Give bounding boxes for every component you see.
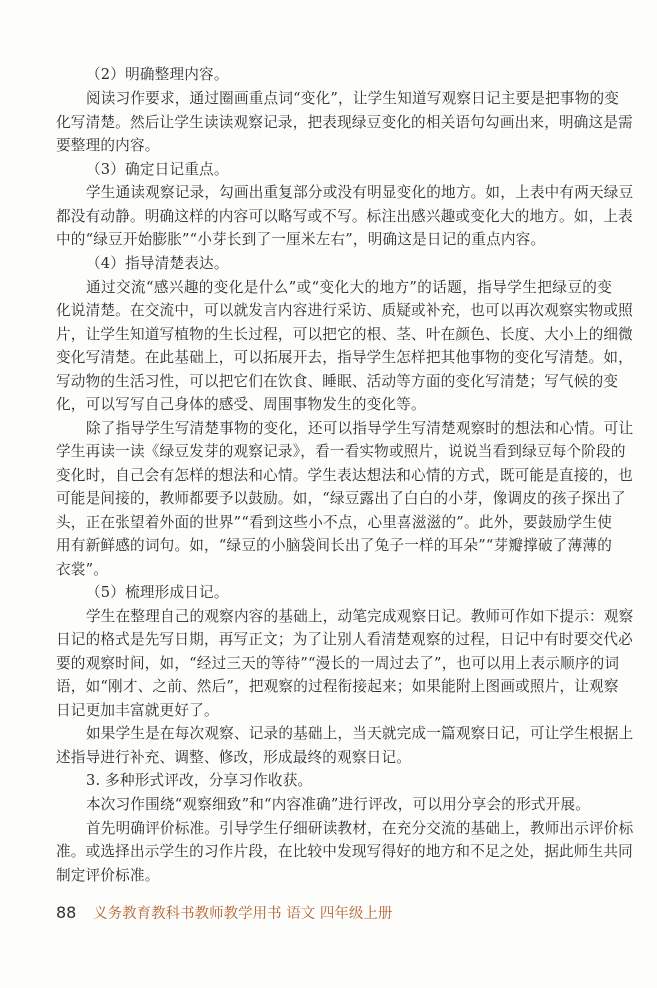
- book-page: （2）明确整理内容。阅读习作要求，通过圈画重点词“变化”，让学生知道写观察日记主…: [0, 0, 657, 988]
- paragraph-first-line: 如果学生是在每次观察、记录的基础上，当天就完成一篇观察日记，可让学生根据上: [86, 725, 612, 743]
- page-number: 88: [56, 903, 76, 922]
- paragraph-line: 头，正在张望着外面的世界”“看到这些小不点，心里喜滋滋的”。此外，要鼓励学生使: [56, 514, 612, 532]
- paragraph-line: 衣裳”。: [56, 561, 612, 579]
- paragraph-line: 日记的格式是先写日期，再写正文；为了让别人看清楚观察的过程，日记中有时要交代必: [56, 631, 612, 649]
- paragraph-line: 化说清楚。在交流中，可以就发言内容进行采访、质疑或补充，也可以再次观察实物或照: [56, 302, 612, 320]
- paragraph-line: 用有新鲜感的词句。如，“绿豆的小脑袋间长出了兔子一样的耳朵”“芽瓣撑破了薄薄的: [56, 537, 612, 555]
- page-footer: 88 义务教育教科书教师教学用书 语文 四年级上册: [56, 903, 392, 923]
- paragraph-line: 要整理的内容。: [56, 137, 612, 155]
- paragraph-line: 准。或选择出示学生的习作片段，在比较中发现写得好的地方和不足之处，据此师生共同: [56, 843, 612, 861]
- paragraph-first-line: 通过交流“感兴趣的变化是什么”或“变化大的地方”的话题，指导学生把绿豆的变: [86, 279, 612, 297]
- paragraph-line: 都没有动静。明确这样的内容可以略写或不写。标注出感兴趣或变化大的地方。如，上表: [56, 208, 612, 226]
- paragraph-first-line: （5）梳理形成日记。: [86, 584, 612, 602]
- paragraph-line: 学生再读一读《绿豆发芽的观察记录》，看一看实物或照片，说说当看到绿豆每个阶段的: [56, 443, 612, 461]
- paragraph-line: 写动物的生活习性，可以把它们在饮食、睡眠、活动等方面的变化写清楚；写气候的变: [56, 373, 612, 391]
- paragraph-line: 化，可以写写自己身体的感受、周围事物发生的变化等。: [56, 396, 612, 414]
- paragraph-first-line: 阅读习作要求，通过圈画重点词“变化”，让学生知道写观察日记主要是把事物的变: [86, 90, 612, 108]
- paragraph-first-line: 3. 多种形式评改，分享习作收获。: [86, 772, 612, 790]
- paragraph-first-line: （4）指导清楚表达。: [86, 255, 612, 273]
- paragraph-first-line: （3）确定日记重点。: [86, 161, 612, 179]
- paragraph-first-line: 本次习作围绕“观察细致”和“内容准确”进行评改，可以用分享会的形式开展。: [86, 796, 612, 814]
- paragraph-first-line: （2）明确整理内容。: [86, 66, 612, 84]
- paragraph-line: 变化写清楚。在此基础上，可以拓展开去，指导学生怎样把其他事物的变化写清楚。如，: [56, 349, 612, 367]
- paragraph-line: 化写清楚。然后让学生读读观察记录，把表现绿豆变化的相关语句勾画出来，明确这是需: [56, 114, 612, 132]
- paragraph-line: 日记更加丰富就更好了。: [56, 702, 612, 720]
- paragraph-line: 可能是间接的，教师都要予以鼓励。如，“绿豆露出了白白的小芽，像调皮的孩子探出了: [56, 490, 612, 508]
- paragraph-line: 中的“绿豆开始膨胀”“小芽长到了一厘米左右”，明确这是日记的重点内容。: [56, 231, 612, 249]
- paragraph-first-line: 学生在整理自己的观察内容的基础上，动笔完成观察日记。教师可作如下提示：观察: [86, 608, 612, 626]
- paragraph-first-line: 除了指导学生写清楚事物的变化，还可以指导学生写清楚观察时的想法和心情。可让: [86, 420, 612, 438]
- paragraph-first-line: 首先明确评价标准。引导学生仔细研读教材，在充分交流的基础上，教师出示评价标: [86, 820, 612, 838]
- paragraph-line: 变化时，自己会有怎样的想法和心情。学生表达想法和心情的方式，既可能是直接的，也: [56, 467, 612, 485]
- book-title: 义务教育教科书教师教学用书 语文 四年级上册: [93, 906, 392, 922]
- paragraph-line: 制定评价标准。: [56, 867, 612, 885]
- paragraph-line: 语，如“刚才、之前、然后”，把观察的过程衔接起来；如果能附上图画或照片，让观察: [56, 678, 612, 696]
- paragraph-first-line: 学生通读观察记录，勾画出重复部分或没有明显变化的地方。如，上表中有两天绿豆: [86, 184, 612, 202]
- paragraph-line: 要的观察时间，如，“经过三天的等待”“漫长的一周过去了”，也可以用上表示顺序的词: [56, 655, 612, 673]
- paragraph-line: 片，让学生知道写植物的生长过程，可以把它的根、茎、叶在颜色、长度、大小上的细微: [56, 326, 612, 344]
- paragraph-line: 述指导进行补充、调整、修改，形成最终的观察日记。: [56, 749, 612, 767]
